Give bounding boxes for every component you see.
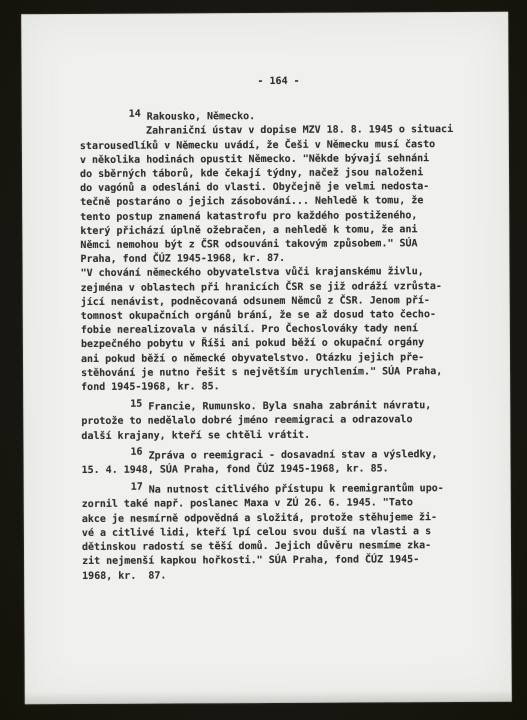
footnote-number: 15	[130, 397, 142, 411]
footnote: 16Zpráva o reemigraci - dosavadní stav a…	[81, 448, 461, 478]
footnote-line: stěhování je nutno řešit s největším ury…	[81, 365, 461, 381]
footnote-line: 15. 4. 1948, SÚA Praha, fond ČÚZ 1945-19…	[82, 462, 462, 478]
typewritten-text-area: - 164 - 14Rakousko, Německo. Zahraniční …	[79, 12, 462, 584]
footnote-line: protože to nedělalo dobré jméno reemigra…	[81, 413, 461, 429]
footnote-line: fond 1945-1968, kr. 85.	[81, 379, 461, 395]
footnote-line: zornil také např. poslanec Maxa v ZÚ 26.…	[82, 496, 462, 512]
footnote-opening-text: Zpráva o reemigraci - dosavadní stav a v…	[149, 449, 438, 462]
footnote: 15Francie, Rumunsko. Byla snaha zabránit…	[81, 399, 461, 444]
footnote-line: bezpečného pobytu v Říši ani pokud běží …	[81, 336, 461, 352]
footnote-opening-text: Rakousko, Německo.	[147, 111, 255, 123]
footnote-first-line: 16Zpráva o reemigraci - dosavadní stav a…	[81, 448, 461, 464]
footnote-line: Němci nemohou být z ČSR odsouváni takový…	[80, 237, 460, 253]
footnote: 17Na nutnost citlivého přístupu k reemig…	[82, 482, 463, 583]
page-number: - 164 -	[80, 74, 460, 90]
document-page: - 164 - 14Rakousko, Německo. Zahraniční …	[21, 12, 512, 705]
footnote-number: 14	[129, 107, 141, 121]
footnote-number: 17	[131, 480, 143, 494]
footnotes-container: 14Rakousko, Německo. Zahraniční ústav v …	[80, 109, 462, 583]
footnote-line: další krajany, kteří se chtěli vrátit.	[81, 428, 461, 444]
footnote-opening-text: Na nutnost citlivého přístupu k reemigra…	[149, 483, 444, 496]
footnote-line: "V chování německého obyvatelstva vůči k…	[81, 265, 461, 281]
footnote-line: 1968, kr. 87.	[82, 567, 462, 583]
footnote-line: Zahraniční ústav v dopise MZV 18. 8. 194…	[80, 123, 460, 139]
footnote-line: tečně postaráno o jejich zásobování... N…	[80, 194, 460, 210]
footnote: 14Rakousko, Německo. Zahraniční ústav v …	[80, 109, 461, 395]
footnote-opening-text: Francie, Rumunsko. Byla snaha zabránit n…	[148, 400, 431, 412]
footnote-number: 16	[130, 446, 142, 460]
footnote-line: zit nejmenší kapkou hořkosti." SÚA Praha…	[82, 553, 462, 569]
